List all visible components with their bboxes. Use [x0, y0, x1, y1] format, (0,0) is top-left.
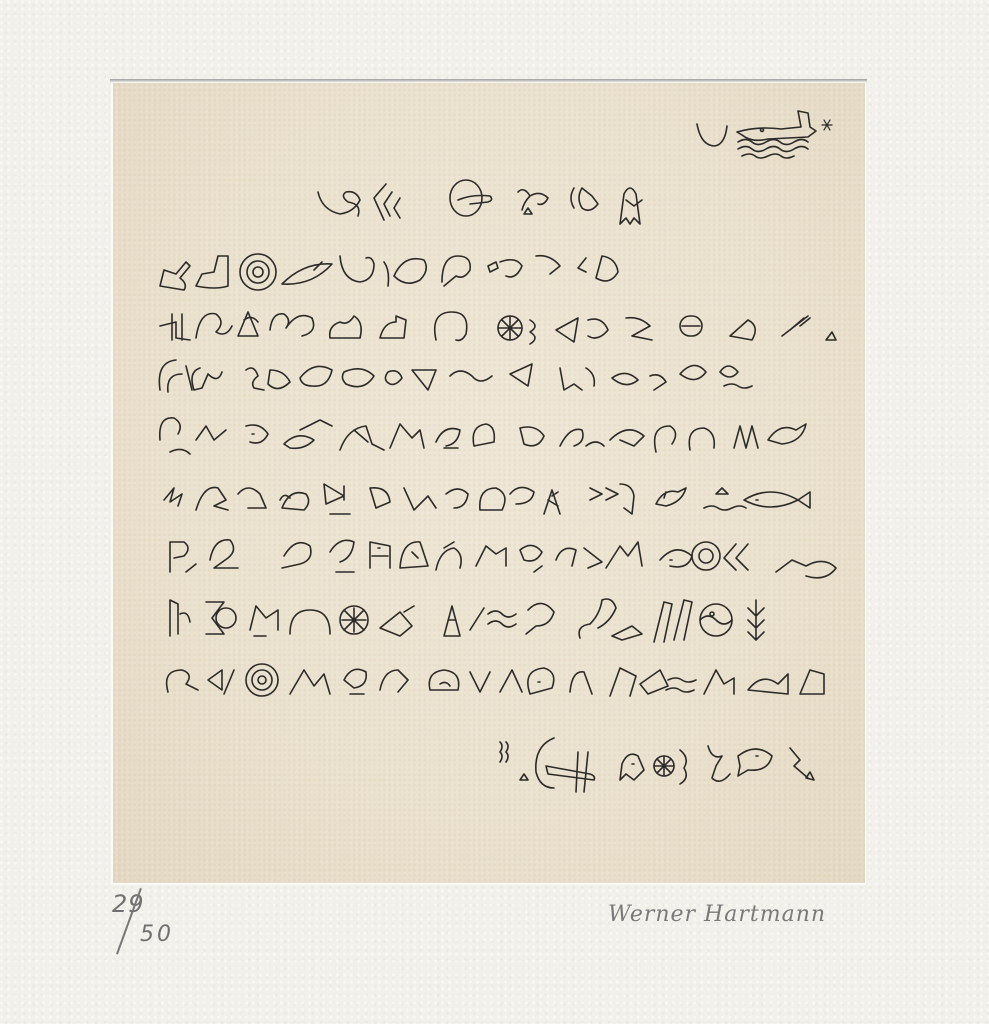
glyph-row-8 — [170, 599, 764, 642]
signature-text: Werner Hartmann — [608, 902, 826, 927]
glyph-inscription — [0, 0, 989, 1024]
glyph-row-4 — [159, 360, 752, 392]
glyph-row-6 — [164, 484, 810, 514]
artist-signature: Werner Hartmann — [600, 884, 870, 954]
glyph-row-9 — [167, 664, 824, 696]
edition-total: 50 — [140, 922, 174, 947]
glyph-row-2 — [160, 254, 618, 290]
boat-moon-vignette — [697, 111, 832, 158]
glyph-row-10 — [500, 738, 814, 792]
edition-number: 29 50 — [104, 886, 194, 956]
glyph-row-7 — [170, 540, 836, 578]
glyph-row-5 — [160, 418, 806, 454]
glyph-row-3 — [160, 312, 836, 344]
glyph-row-1 — [318, 180, 642, 224]
